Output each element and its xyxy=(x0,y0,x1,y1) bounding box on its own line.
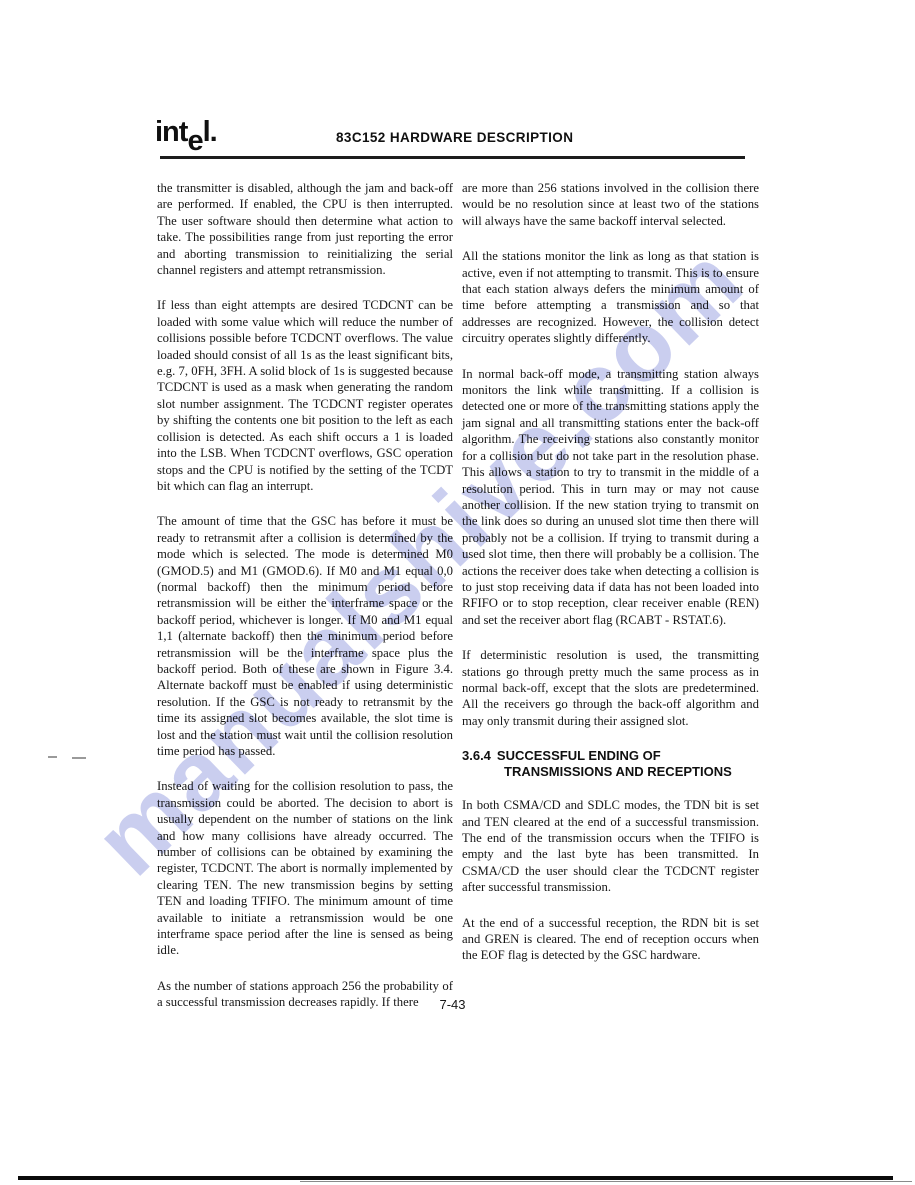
header-divider xyxy=(160,156,745,159)
paragraph: At the end of a successful reception, th… xyxy=(462,915,759,964)
right-column: are more than 256 stations involved in t… xyxy=(462,180,759,983)
logo-int: int xyxy=(155,116,187,148)
left-column: the transmitter is disabled, although th… xyxy=(157,180,453,1030)
paragraph: In both CSMA/CD and SDLC modes, the TDN … xyxy=(462,797,759,895)
scan-artifact-dash xyxy=(48,756,57,758)
header-title: 83C152 HARDWARE DESCRIPTION xyxy=(336,130,573,145)
paragraph: All the stations monitor the link as lon… xyxy=(462,248,759,346)
section-number: 3.6.4 xyxy=(462,748,491,763)
paragraph: In normal back-off mode, a transmitting … xyxy=(462,366,759,629)
paragraph: If deterministic resolution is used, the… xyxy=(462,647,759,729)
section-heading-line1: 3.6.4SUCCESSFUL ENDING OF xyxy=(462,748,759,764)
scan-artifact-dash xyxy=(72,757,86,759)
paragraph: are more than 256 stations involved in t… xyxy=(462,180,759,229)
paragraph: The amount of time that the GSC has befo… xyxy=(157,513,453,759)
logo-dropped-e: e xyxy=(187,127,202,156)
paragraph: Instead of waiting for the collision res… xyxy=(157,778,453,958)
intel-logo: intel. xyxy=(155,118,218,147)
logo-l: l xyxy=(203,116,210,148)
paragraph: the transmitter is disabled, although th… xyxy=(157,180,453,278)
page-number: 7-43 xyxy=(0,997,905,1012)
section-heading-line2: TRANSMISSIONS AND RECEPTIONS xyxy=(462,764,759,780)
document-page: intel. 83C152 HARDWARE DESCRIPTION the t… xyxy=(0,0,915,1185)
section-heading: 3.6.4SUCCESSFUL ENDING OF TRANSMISSIONS … xyxy=(462,748,759,780)
section-title: SUCCESSFUL ENDING OF xyxy=(497,748,661,763)
bottom-scan-bar-shadow xyxy=(300,1181,912,1182)
paragraph: If less than eight attempts are desired … xyxy=(157,297,453,494)
bottom-scan-bar xyxy=(18,1176,893,1180)
logo-dot: . xyxy=(210,116,218,148)
